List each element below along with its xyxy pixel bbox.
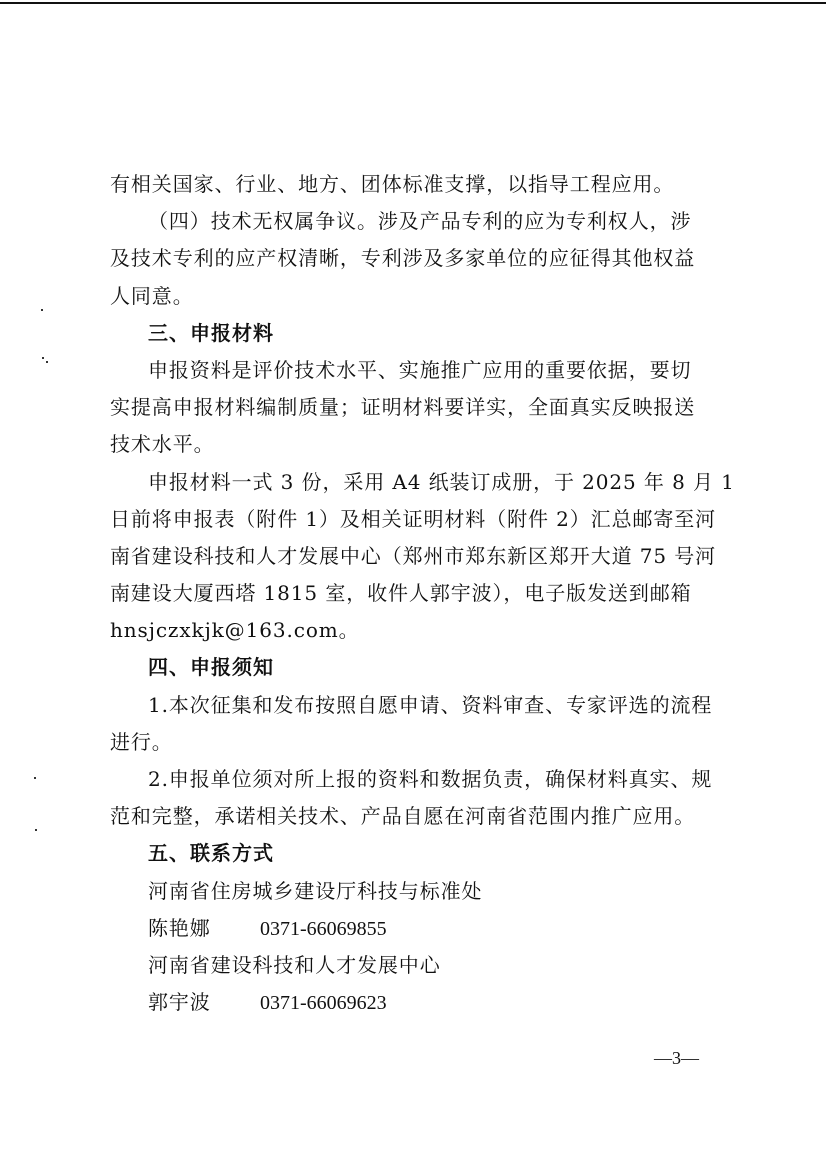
section-heading-materials: 三、申报材料 [110,315,702,352]
paragraph-line: 南建设大厦西塔 1815 室，收件人郭宇波），电子版发送到邮箱 [110,575,702,612]
paragraph-line: 范和完整，承诺相关技术、产品自愿在河南省范围内推广应用。 [110,798,702,835]
paragraph-line: 日前将申报表（附件 1）及相关证明材料（附件 2）汇总邮寄至河 [110,501,702,538]
paragraph-line: 技术水平。 [110,426,702,463]
binding-margin-mark [35,829,37,831]
binding-margin-mark [42,357,44,359]
paragraph-line: 申报资料是评价技术水平、实施推广应用的重要依据，要切 [110,352,702,389]
binding-margin-mark [34,777,36,779]
binding-margin-mark [41,309,43,311]
paragraph-line: 1.本次征集和发布按照自愿申请、资料审查、专家评选的流程 [110,687,702,724]
paragraph-line: 人同意。 [110,278,702,315]
paragraph-line: 有相关国家、行业、地方、团体标准支撑，以指导工程应用。 [110,166,702,203]
paragraph-line: 2.申报单位须对所上报的资料和数据负责，确保材料真实、规 [110,761,702,798]
document-page: 有相关国家、行业、地方、团体标准支撑，以指导工程应用。 （四）技术无权属争议。涉… [110,166,702,1021]
paragraph-line: 及技术专利的应产权清晰，专利涉及多家单位的应征得其他权益 [110,240,702,277]
paragraph-line: （四）技术无权属争议。涉及产品专利的应为专利权人，涉 [110,203,702,240]
page-number: —3— [654,1048,699,1069]
contact-org: 河南省住房城乡建设厅科技与标准处 [110,873,702,910]
contact-name: 陈艳娜 [148,910,260,947]
paragraph-line: 进行。 [110,724,702,761]
contact-person-row: 郭宇波0371-66069623 [110,984,702,1021]
email-address-line: hnsjczxkjk@163.com。 [110,612,702,649]
paragraph-line: 申报材料一式 3 份，采用 A4 纸装订成册，于 2025 年 8 月 1 [110,464,702,501]
paragraph-line: 南省建设科技和人才发展中心（郑州市郑东新区郑开大道 75 号河 [110,538,702,575]
contact-phone: 0371-66069855 [260,918,387,940]
contact-org: 河南省建设科技和人才发展中心 [110,947,702,984]
section-heading-notice: 四、申报须知 [110,649,702,686]
paragraph-line: 实提高申报材料编制质量；证明材料要详实，全面真实反映报送 [110,389,702,426]
contact-phone: 0371-66069623 [260,992,387,1014]
contact-name: 郭宇波 [148,984,260,1021]
binding-margin-mark [46,361,48,363]
top-border-rule [0,2,826,4]
section-heading-contact: 五、联系方式 [110,835,702,872]
contact-person-row: 陈艳娜0371-66069855 [110,910,702,947]
